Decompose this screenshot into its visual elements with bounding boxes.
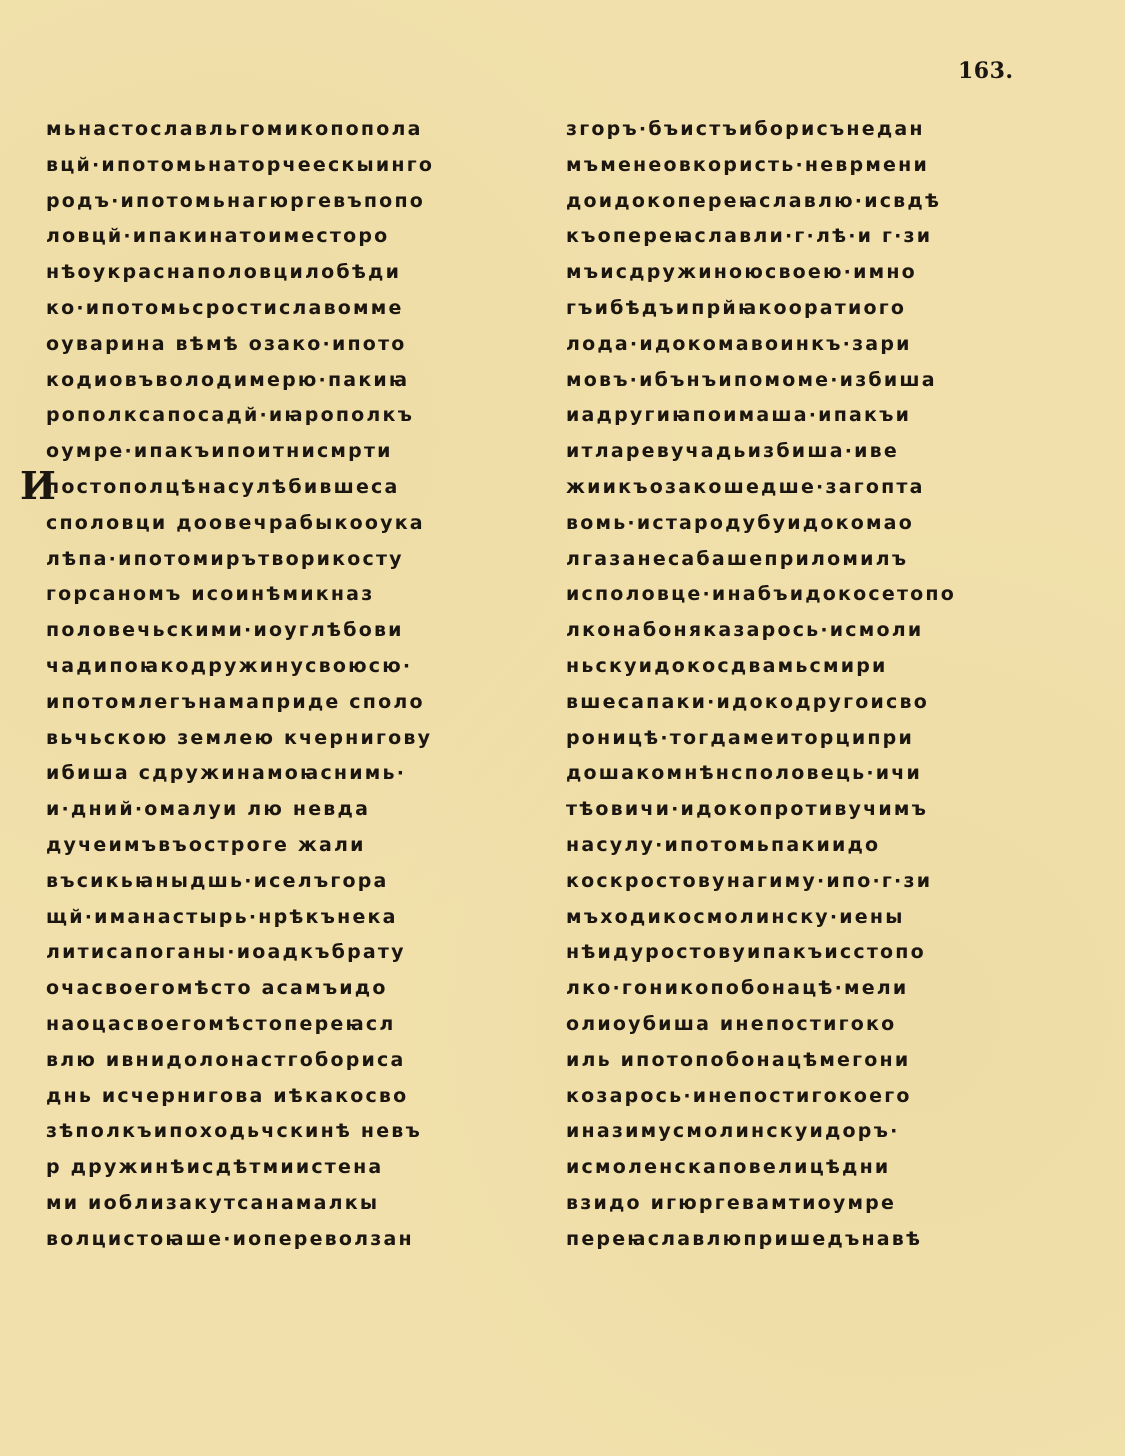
text-line: споловци доовечрабыкооука bbox=[46, 506, 546, 542]
text-line: ко·ипотомьсростиславомме bbox=[46, 291, 546, 327]
text-line: ми иоблизакутсанамaлкы bbox=[46, 1186, 546, 1222]
text-line: родъ·ипотомьнагюргевъпопо bbox=[46, 184, 546, 220]
text-line: ипотомлегънамаприде споло bbox=[46, 685, 546, 721]
text-line: козарось·инепостигокоего bbox=[566, 1079, 1066, 1115]
text-line: постополцѣнасулѣбившеса bbox=[46, 470, 546, 506]
text-line: лконабоняказарось·исмоли bbox=[566, 613, 1066, 649]
text-line: лода·идокомавоинкъ·зари bbox=[566, 327, 1066, 363]
text-line: ньскуидокосдвамьсмири bbox=[566, 649, 1066, 685]
text-line: нѣидуростовуипакъисстопо bbox=[566, 935, 1066, 971]
text-line: роницѣ·тогдамеиторципри bbox=[566, 721, 1066, 757]
text-line: лгазанесабашеприломилъ bbox=[566, 542, 1066, 578]
text-line: итларевучадьизбиша·иве bbox=[566, 434, 1066, 470]
text-line: дошакомнѣнсполовець·ичи bbox=[566, 756, 1066, 792]
text-line: влю ивнидолонастгоборисa bbox=[46, 1043, 546, 1079]
text-line: горсаномъ исоинѣмикназ bbox=[46, 577, 546, 613]
text-line: мъходикосмолинску·иены bbox=[566, 900, 1066, 936]
text-line: наоцасвоегомѣстопереꙗсл bbox=[46, 1007, 546, 1043]
text-line: ибиша сдружинамоꙗснимь· bbox=[46, 756, 546, 792]
text-line: зѣполкъипоходьчскинѣ невъ bbox=[46, 1114, 546, 1150]
text-line: исмоленскаповелицѣдни bbox=[566, 1150, 1066, 1186]
text-line: згоръ·бъистъиборисънедан bbox=[566, 112, 1066, 148]
text-line: къопереꙗславли·г·лѣ·и г·зи bbox=[566, 219, 1066, 255]
text-line: литисапоганы·иоадкъбрату bbox=[46, 935, 546, 971]
text-line: доидокопереꙗславлю·исвдѣ bbox=[566, 184, 1066, 220]
text-line: олиоубиша инепостигоко bbox=[566, 1007, 1066, 1043]
left-text-column: мьнастославльгомикопопола вцй·ипотомьнат… bbox=[46, 112, 546, 1258]
text-line: лѣпа·ипотомирътворикосту bbox=[46, 542, 546, 578]
text-line: р дружинѣисдѣтмиистена bbox=[46, 1150, 546, 1186]
text-line: рополксапосадй·иꙗрополкъ bbox=[46, 398, 546, 434]
text-line: иль ипотопобонацѣмегони bbox=[566, 1043, 1066, 1079]
text-line: въсикьꙗныдшь·иселъгора bbox=[46, 864, 546, 900]
text-line: коскростовунагиму·ипо·г·зи bbox=[566, 864, 1066, 900]
right-text-column: згоръ·бъистъиборисънедан мъменеовкористь… bbox=[566, 112, 1066, 1258]
text-line: тѣовичи·идокопротивучимъ bbox=[566, 792, 1066, 828]
text-line: ловцй·ипакинатоиместоро bbox=[46, 219, 546, 255]
text-line: мъисдружиноюсвоею·имно bbox=[566, 255, 1066, 291]
text-line: и·дний·омалуи лю невда bbox=[46, 792, 546, 828]
text-line: чадипоꙗкодружинусвоюсю· bbox=[46, 649, 546, 685]
text-line: лко·гоникопобонацѣ·мели bbox=[566, 971, 1066, 1007]
text-line: кодиовъволодимерю·пакиꙗ bbox=[46, 363, 546, 399]
text-line: насулу·Ипотомьпакиидо bbox=[566, 828, 1066, 864]
text-line: мъменеовкористь·неврмени bbox=[566, 148, 1066, 184]
text-line: иназимусмолинскуидоръ· bbox=[566, 1114, 1066, 1150]
text-line: нѣоукраснаполовцилобѣди bbox=[46, 255, 546, 291]
text-line: гъибѣдъипрйꙗкоoратиого bbox=[566, 291, 1066, 327]
text-line: мьнастославльгомикопопола bbox=[46, 112, 546, 148]
text-line: волцистоꙗше·иопереволзан bbox=[46, 1222, 546, 1258]
text-line: половечьскими·иоуглѣбови bbox=[46, 613, 546, 649]
text-line: днь исчернигова иѣкакосво bbox=[46, 1079, 546, 1115]
text-line: вцй·ипотомьнаторчеескыинго bbox=[46, 148, 546, 184]
text-line: вьчьскою землею кчернигову bbox=[46, 721, 546, 757]
page-number: 163. bbox=[958, 58, 1014, 84]
text-line: вомь·истародубуидокомао bbox=[566, 506, 1066, 542]
text-line: оумре·ипакъипоитнисмрти bbox=[46, 434, 546, 470]
text-line: дучеимъвъостроге жали bbox=[46, 828, 546, 864]
text-line: очасвоегомѣсто асамъидо bbox=[46, 971, 546, 1007]
text-line: взидо игюргевамтиоумре bbox=[566, 1186, 1066, 1222]
text-line: иадругиꙗпоимаша·ипакъи bbox=[566, 398, 1066, 434]
text-line: жиикъозакошедше·загопта bbox=[566, 470, 1066, 506]
text-line: вшесапаки·идокодругоисво bbox=[566, 685, 1066, 721]
text-line: мовъ·ибънъипомоме·избиша bbox=[566, 363, 1066, 399]
text-line: щй·иманастырь·нрѣкънека bbox=[46, 900, 546, 936]
text-line: переꙗславлюпришедънавѣ bbox=[566, 1222, 1066, 1258]
text-line: оуварина вѣмѣ озако·ипото bbox=[46, 327, 546, 363]
text-line: исполовце·инабъидокосетопо bbox=[566, 577, 1066, 613]
